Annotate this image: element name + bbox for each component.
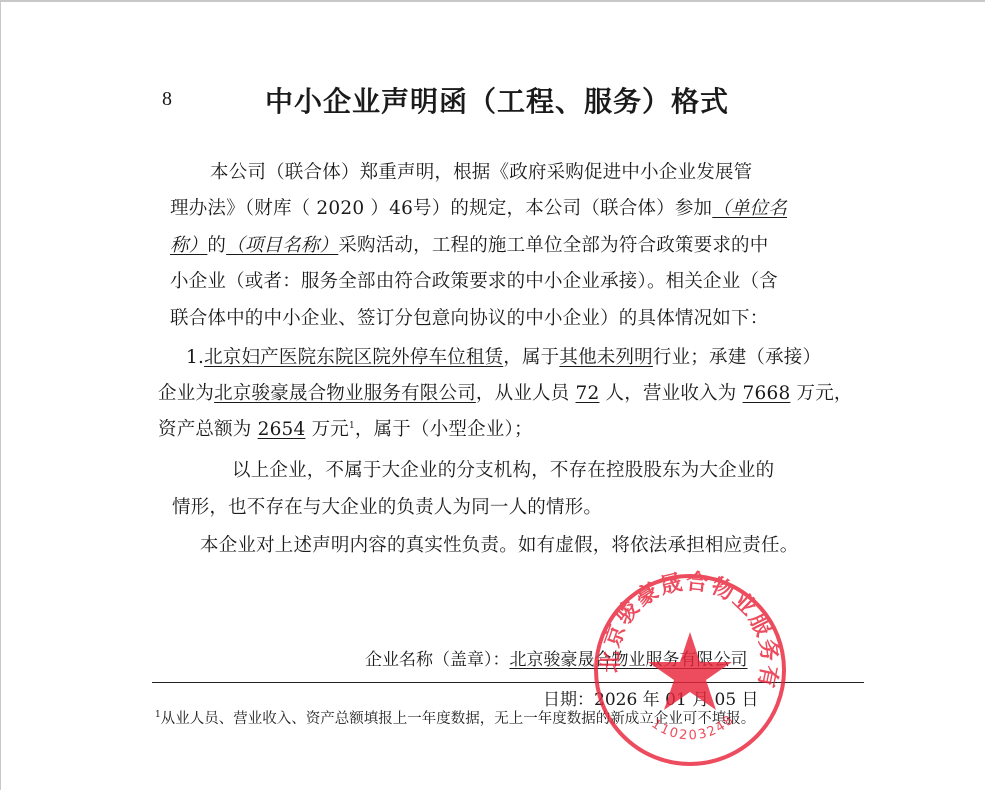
paragraph-line: 本企业对上述声明内容的真实性负责。如有虚假，将依法承担相应责任。 [200, 531, 798, 557]
text-span: 的 [207, 235, 226, 256]
paragraph-line: 联合体中的中小企业、签订分包意向协议的中小企业）的具体情况如下： [170, 304, 768, 330]
revenue-value: 7668 [743, 383, 791, 404]
signature-label: 企业名称（盖章）： [365, 650, 510, 670]
text-span: 人，营业收入为 [599, 383, 742, 404]
industry: 其他未列明 [559, 347, 653, 368]
page-number: 8 [162, 88, 172, 111]
assets-value: 2654 [258, 419, 306, 440]
paragraph-line: 以上企业，不属于大企业的分支机构，不存在控股股东为大企业的 [232, 456, 774, 482]
paragraph-line: 理办法》（财库（ 2020 ）46号）的规定，本公司（联合体）参加（单位名 [170, 194, 787, 220]
company-name: 北京骏豪晟合物业服务有限公司 [214, 383, 476, 404]
text-span: 万元， [790, 383, 852, 404]
enterprise-item-line: 1.北京妇产医院东院区院外停车位租赁，属于其他未列明行业；承建（承接） [186, 343, 821, 369]
text-span: 行业；承建（承接） [653, 347, 821, 368]
text-span: ，从业人员 [476, 383, 576, 404]
paragraph-line: 称）的（项目名称）采购活动，工程的施工单位全部为符合政策要求的中 [170, 231, 768, 257]
project-name-placeholder: （项目名称） [226, 235, 338, 256]
text-span: 资产总额为 [158, 419, 258, 440]
document-title: 中小企业声明函（工程、服务）格式 [265, 80, 729, 120]
unit-name-placeholder: （单位名 [712, 198, 787, 219]
text-span: ，属于（小型企业）； [355, 419, 533, 440]
text-span: 理办法》（财库（ 2020 ）46号）的规定，本公司（联合体）参加 [170, 198, 712, 219]
unit-name-placeholder: 称） [170, 235, 207, 256]
item-index: 1. [186, 347, 204, 368]
text-span: 采购活动，工程的施工单位全部为符合政策要求的中 [338, 235, 768, 256]
text-span: 万元 [305, 419, 348, 440]
paragraph-line: 本公司（联合体）郑重声明，根据《政府采购促进中小企业发展管 [210, 158, 752, 184]
project-name: 北京妇产医院东院区院外停车位租赁 [204, 347, 503, 368]
paragraph-line: 情形，也不存在与大企业的负责人为同一人的情形。 [172, 493, 602, 519]
text-span: 企业为 [158, 383, 214, 404]
enterprise-item-line: 资产总额为 2654 万元1，属于（小型企业）； [158, 415, 533, 441]
text-span: ，属于 [503, 347, 559, 368]
company-seal-icon: 北京骏豪晟合物业服务有限公司 1102032481929 [590, 570, 790, 770]
paragraph-line: 小企业（或者：服务全部由符合政策要求的中小企业承接）。相关企业（含 [170, 267, 778, 293]
employee-count: 72 [576, 383, 600, 404]
enterprise-item-line: 企业为北京骏豪晟合物业服务有限公司，从业人员 72 人，营业收入为 7668 万… [158, 379, 853, 405]
